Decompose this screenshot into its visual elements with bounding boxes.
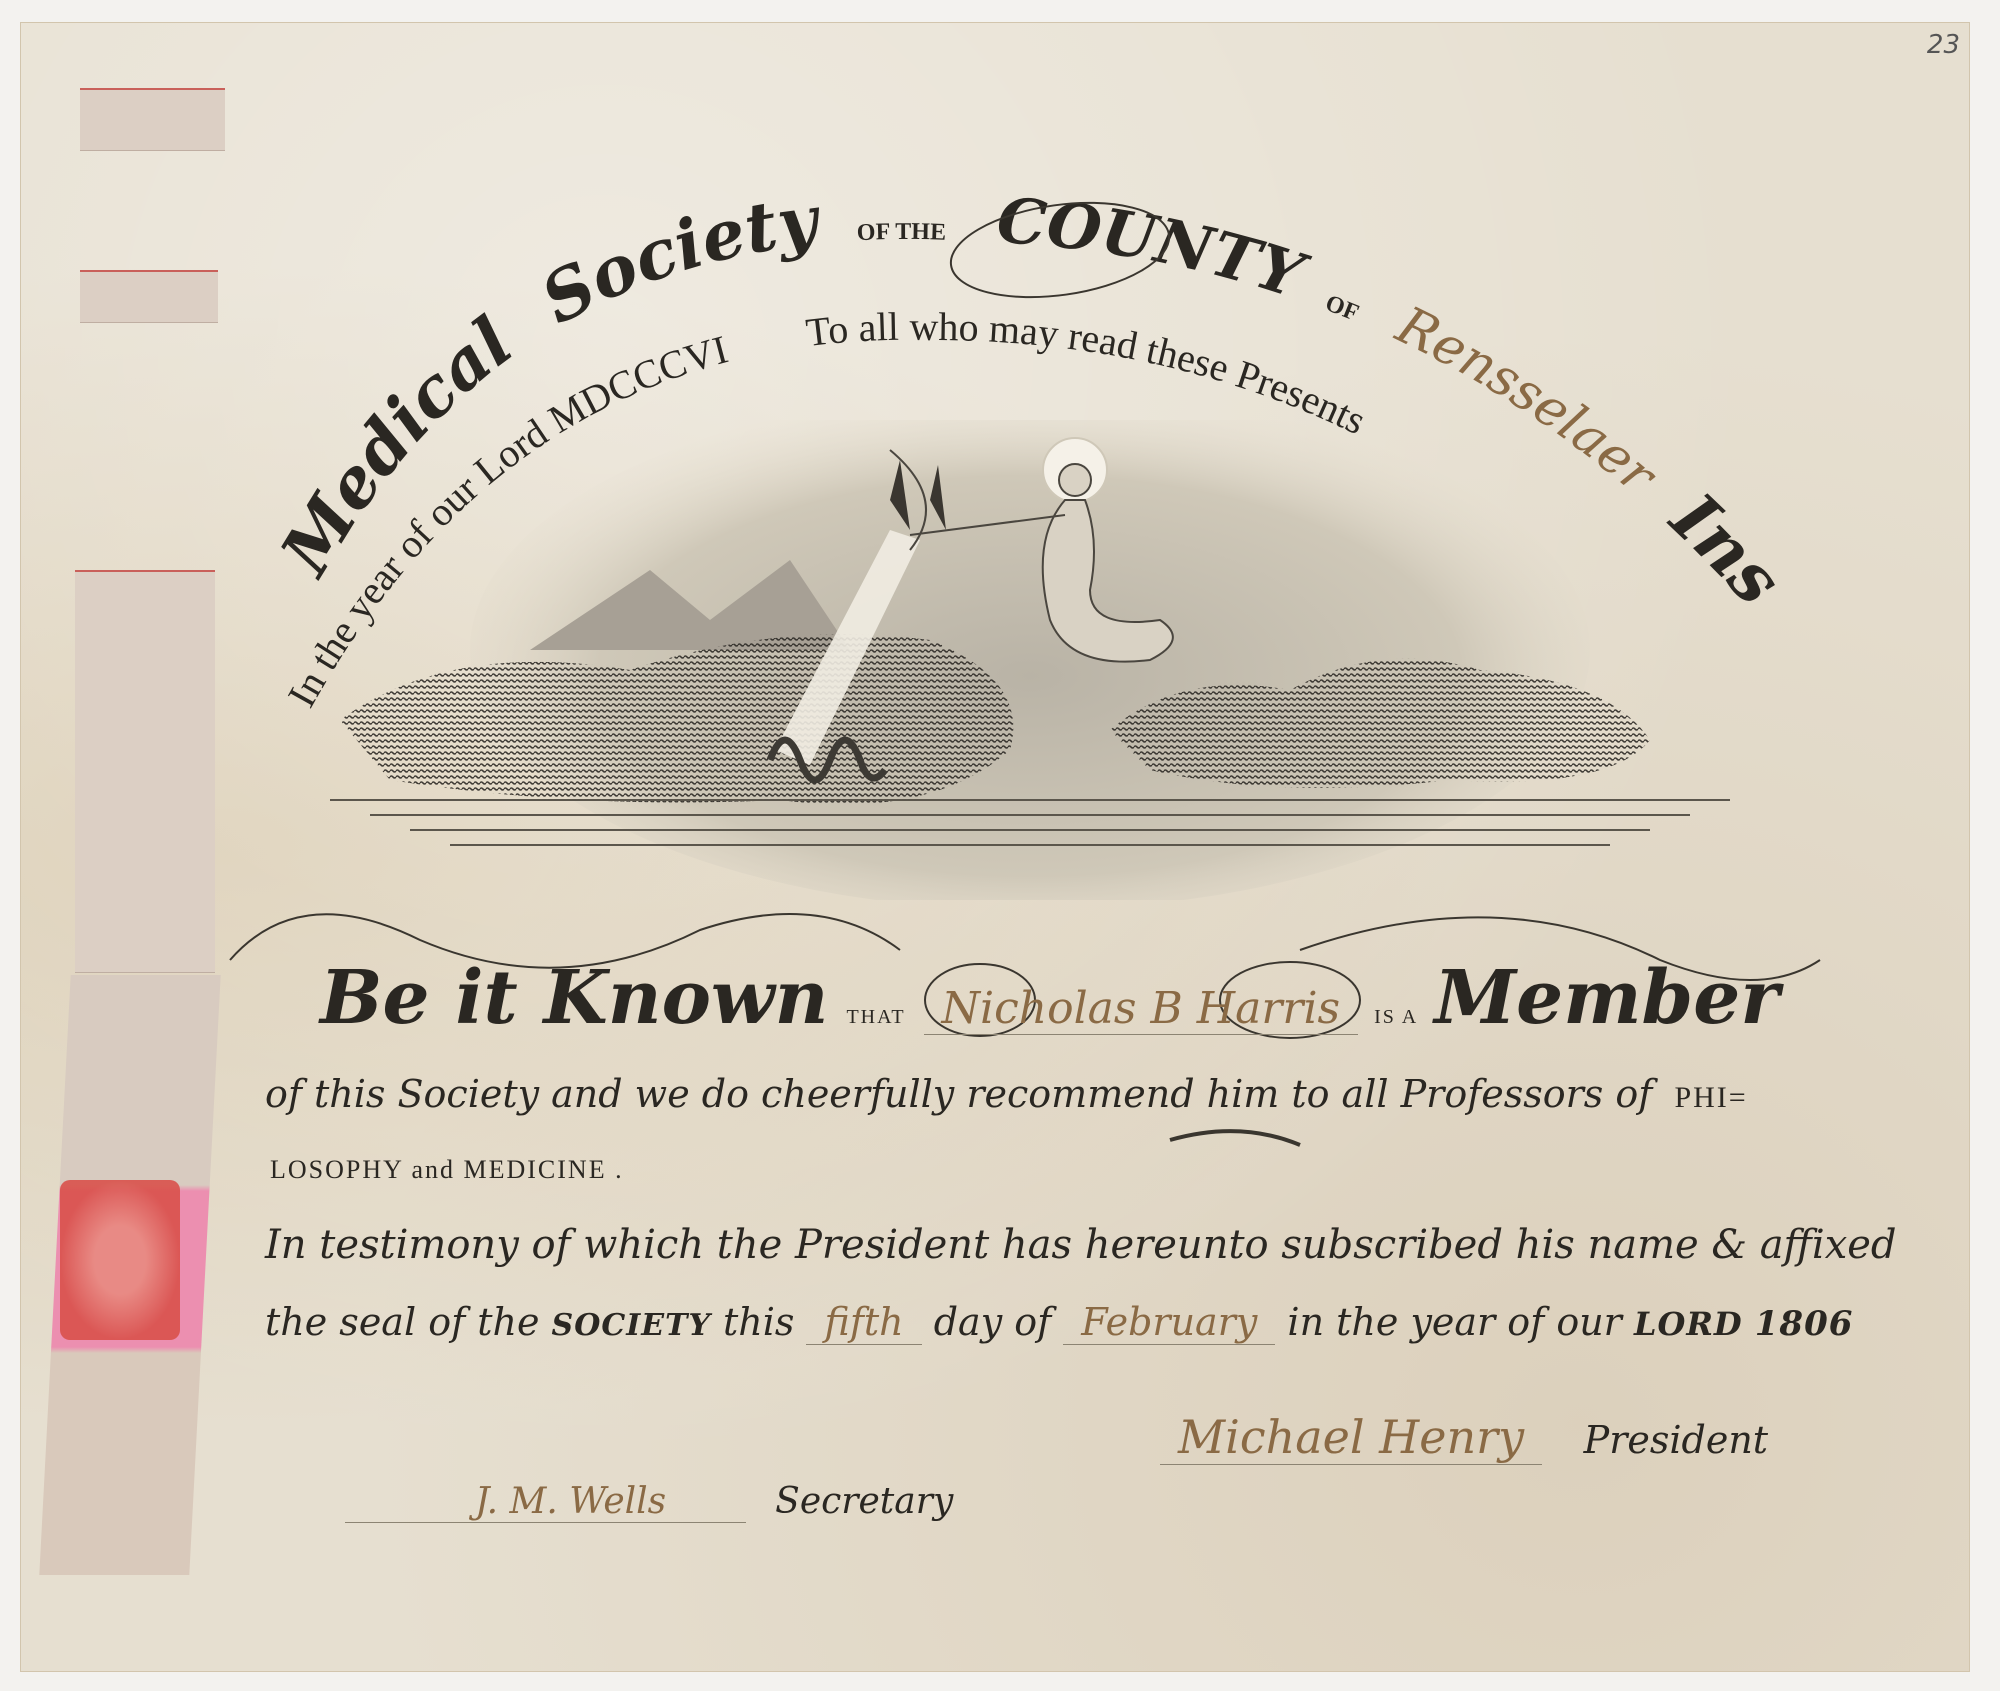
month-field: February (1063, 1300, 1275, 1345)
society-word: SOCIETY (552, 1308, 711, 1343)
body-line-4: the seal of the SOCIETY this fifth day o… (265, 1300, 1853, 1344)
heading-of-the: OF THE (856, 219, 946, 246)
be-it-known: Be it Known (320, 955, 828, 1041)
president-signature: Michael Henry (1160, 1410, 1542, 1465)
body-text: of this Society and we do cheerfully rec… (265, 1072, 1652, 1116)
body-line-3: In testimony of which the President has … (265, 1222, 1897, 1268)
body-text: this (723, 1300, 794, 1344)
subheading-right: To all who may read these Presents (804, 304, 1373, 444)
body-text: in the year of our (1287, 1300, 1621, 1344)
member-name-field: Nicholas B Harris (924, 983, 1359, 1035)
heading-society: Society (529, 180, 827, 340)
body-text: day of (934, 1300, 1051, 1344)
is-a-label: IS A (1374, 1006, 1418, 1028)
county-name-handwritten: Rensselaer (1387, 295, 1669, 508)
president-title: President (1584, 1418, 1768, 1462)
member-word: Member (1434, 955, 1779, 1041)
body-line-2: LOSOPHY and MEDICINE . (270, 1155, 624, 1185)
lord-word: LORD (1634, 1305, 1743, 1343)
body-text: the seal of the (265, 1300, 539, 1344)
heading-county: COUNTY (995, 184, 1317, 314)
heading-instituted: Instituted (0, 0, 1797, 621)
secretary-signature-block: J. M. Wells Secretary (345, 1480, 953, 1522)
declaration-line: Be it KnownTHATNicholas B HarrisIS AMemb… (320, 955, 1779, 1042)
president-signature-block: Michael Henry President (1160, 1410, 1768, 1464)
body-caps: PHI= (1674, 1081, 1747, 1114)
that-label: THAT (846, 1006, 905, 1028)
heading-of: OF (1322, 290, 1363, 326)
body-line-1: of this Society and we do cheerfully rec… (265, 1072, 1748, 1116)
secretary-signature: J. M. Wells (345, 1481, 746, 1523)
year-field: 1806 (1755, 1304, 1854, 1344)
day-field: fifth (806, 1300, 921, 1345)
secretary-title: Secretary (775, 1481, 953, 1522)
svg-text:Medical Society OF: Medical Society OF THE COUNTY OF Renssel… (0, 0, 1797, 621)
